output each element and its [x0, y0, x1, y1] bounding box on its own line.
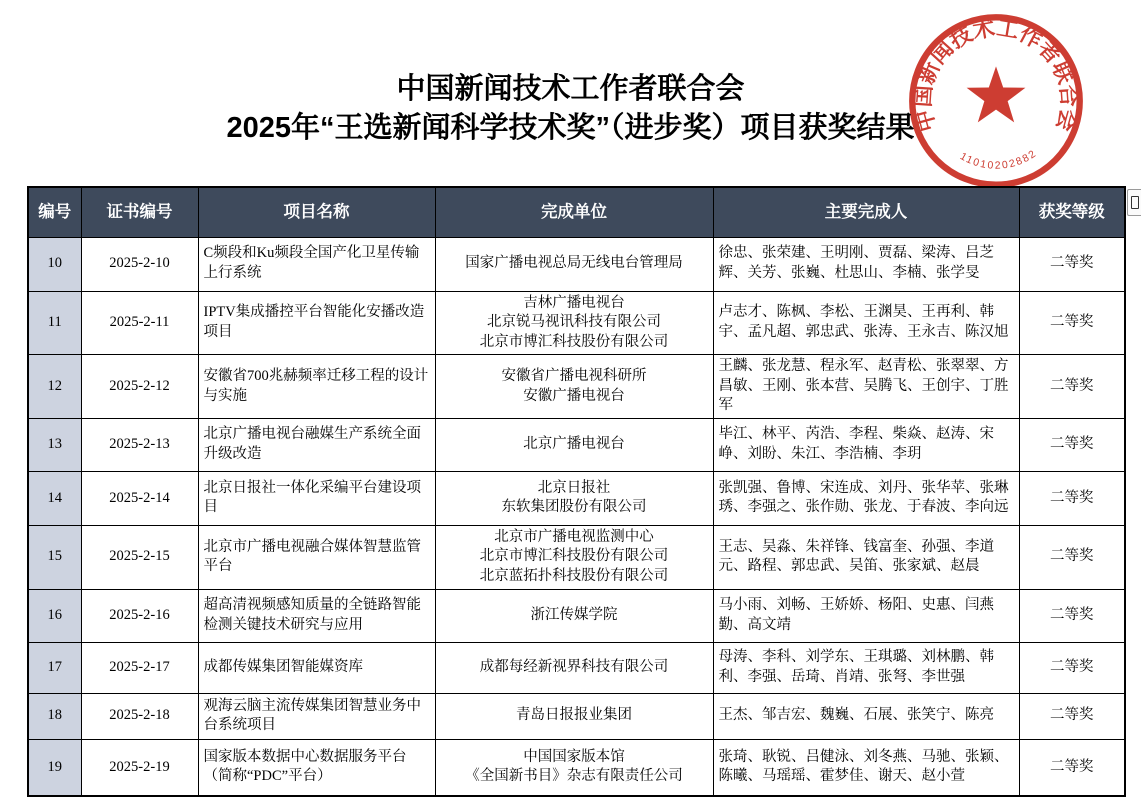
cell-people: 卢志才、陈枫、李松、王渊昊、王再利、韩宇、孟凡超、郭忠武、张涛、王永吉、陈汉旭 — [713, 291, 1019, 355]
cell-project: IPTV集成播控平台智能化安播改造项目 — [198, 291, 435, 355]
cell-award: 二等奖 — [1019, 418, 1125, 471]
cell-org: 北京日报社 东软集团股份有限公司 — [435, 471, 713, 525]
cell-cert: 2025-2-16 — [81, 589, 198, 642]
cell-people: 徐忠、张荣建、王明刚、贾磊、梁涛、吕芝辉、关芳、张巍、杜思山、李楠、张学旻 — [713, 237, 1019, 291]
table-row: 12 2025-2-12 安徽省700兆赫频率迁移工程的设计与实施 安徽省广播电… — [28, 355, 1125, 419]
cell-cert: 2025-2-13 — [81, 418, 198, 471]
cell-cert: 2025-2-11 — [81, 291, 198, 355]
cell-project: 超高清视频感知质量的全链路智能检测关键技术研究与应用 — [198, 589, 435, 642]
cell-award: 二等奖 — [1019, 291, 1125, 355]
cell-project: 北京市广播电视融合媒体智慧监管平台 — [198, 525, 435, 589]
cell-org: 安徽省广播电视科研所 安徽广播电视台 — [435, 355, 713, 419]
cell-project: 国家版本数据中心数据服务平台（简称“PDC”平台） — [198, 739, 435, 796]
header-org: 完成单位 — [435, 187, 713, 237]
cell-award: 二等奖 — [1019, 739, 1125, 796]
cell-cert: 2025-2-10 — [81, 237, 198, 291]
cell-cert: 2025-2-14 — [81, 471, 198, 525]
table-row: 16 2025-2-16 超高清视频感知质量的全链路智能检测关键技术研究与应用 … — [28, 589, 1125, 642]
table-row: 10 2025-2-10 C频段和Ku频段全国产化卫星传输上行系统 国家广播电视… — [28, 237, 1125, 291]
cell-project: 北京日报社一体化采编平台建设项目 — [198, 471, 435, 525]
cell-project: 成都传媒集团智能媒资库 — [198, 642, 435, 693]
cell-people: 王志、吴淼、朱祥锋、钱富奎、孙强、李道元、路程、郭忠武、吴笛、张家斌、赵晨 — [713, 525, 1019, 589]
cell-people: 母涛、李科、刘学东、王琪璐、刘林鹏、韩利、李强、岳琦、肖靖、张弩、李世强 — [713, 642, 1019, 693]
cell-no: 11 — [28, 291, 81, 355]
cell-org: 成都每经新视界科技有限公司 — [435, 642, 713, 693]
cell-people: 王杰、邹吉宏、魏巍、石展、张笑宁、陈亮 — [713, 693, 1019, 739]
cell-org: 北京市广播电视监测中心 北京市博汇科技股份有限公司 北京蓝拓扑科技股份有限公司 — [435, 525, 713, 589]
cell-no: 16 — [28, 589, 81, 642]
cell-no: 15 — [28, 525, 81, 589]
cell-org: 吉林广播电视台 北京锐马视讯科技有限公司 北京市博汇科技股份有限公司 — [435, 291, 713, 355]
cell-cert: 2025-2-12 — [81, 355, 198, 419]
header-no: 编号 — [28, 187, 81, 237]
cell-award: 二等奖 — [1019, 589, 1125, 642]
cell-org: 北京广播电视台 — [435, 418, 713, 471]
cell-no: 17 — [28, 642, 81, 693]
title-line-2: 2025年“王选新闻科学技术奖”（进步奖）项目获奖结果 — [0, 111, 1141, 145]
header-people: 主要完成人 — [713, 187, 1019, 237]
cell-project: C频段和Ku频段全国产化卫星传输上行系统 — [198, 237, 435, 291]
table-row: 11 2025-2-11 IPTV集成播控平台智能化安播改造项目 吉林广播电视台… — [28, 291, 1125, 355]
cell-award: 二等奖 — [1019, 237, 1125, 291]
document-page: 中国新闻技术工作者联合会 2025年“王选新闻科学技术奖”（进步奖）项目获奖结果… — [0, 0, 1141, 800]
header-project: 项目名称 — [198, 187, 435, 237]
cell-no: 19 — [28, 739, 81, 796]
cell-no: 10 — [28, 237, 81, 291]
cell-no: 14 — [28, 471, 81, 525]
cell-people: 马小雨、刘畅、王娇娇、杨阳、史惠、闫燕勤、高文靖 — [713, 589, 1019, 642]
table-header-row: 编号 证书编号 项目名称 完成单位 主要完成人 获奖等级 — [28, 187, 1125, 237]
cell-people: 张琦、耿锐、吕健泳、刘冬燕、马驰、张颖、陈曦、马瑶瑶、霍梦佳、谢天、赵小萱 — [713, 739, 1019, 796]
table-row: 14 2025-2-14 北京日报社一体化采编平台建设项目 北京日报社 东软集团… — [28, 471, 1125, 525]
cell-org: 中国国家版本馆 《全国新书目》杂志有限责任公司 — [435, 739, 713, 796]
cell-project: 观海云脑主流传媒集团智慧业务中台系统项目 — [198, 693, 435, 739]
cell-cert: 2025-2-19 — [81, 739, 198, 796]
header-award: 获奖等级 — [1019, 187, 1125, 237]
cell-people: 王麟、张龙慧、程永军、赵青松、张翠翠、方昌敏、王刚、张本营、吴腾飞、王创宇、丁胜… — [713, 355, 1019, 419]
document-title: 中国新闻技术工作者联合会 2025年“王选新闻科学技术奖”（进步奖）项目获奖结果 — [0, 72, 1141, 145]
cell-no: 18 — [28, 693, 81, 739]
cell-award: 二等奖 — [1019, 693, 1125, 739]
page-icon — [1131, 196, 1139, 209]
cell-people: 毕江、林平、芮浩、李程、柴焱、赵涛、宋峥、刘盼、朱江、李浩楠、李玥 — [713, 418, 1019, 471]
cell-no: 12 — [28, 355, 81, 419]
table-row: 15 2025-2-15 北京市广播电视融合媒体智慧监管平台 北京市广播电视监测… — [28, 525, 1125, 589]
cell-project: 安徽省700兆赫频率迁移工程的设计与实施 — [198, 355, 435, 419]
table-row: 18 2025-2-18 观海云脑主流传媒集团智慧业务中台系统项目 青岛日报报业… — [28, 693, 1125, 739]
cell-award: 二等奖 — [1019, 471, 1125, 525]
cell-cert: 2025-2-15 — [81, 525, 198, 589]
cell-org: 青岛日报报业集团 — [435, 693, 713, 739]
header-cert: 证书编号 — [81, 187, 198, 237]
cell-award: 二等奖 — [1019, 642, 1125, 693]
cell-project: 北京广播电视台融媒生产系统全面升级改造 — [198, 418, 435, 471]
cell-people: 张凯强、鲁博、宋连成、刘丹、张华苹、张琳琇、李强之、张作勋、张龙、于春波、李向远 — [713, 471, 1019, 525]
cell-award: 二等奖 — [1019, 525, 1125, 589]
table-row: 17 2025-2-17 成都传媒集团智能媒资库 成都每经新视界科技有限公司 母… — [28, 642, 1125, 693]
cell-award: 二等奖 — [1019, 355, 1125, 419]
title-line-1: 中国新闻技术工作者联合会 — [0, 72, 1141, 106]
award-results-table: 编号 证书编号 项目名称 完成单位 主要完成人 获奖等级 10 2025-2-1… — [27, 186, 1126, 797]
clipped-toolbar-button[interactable] — [1127, 189, 1141, 216]
cell-no: 13 — [28, 418, 81, 471]
table-row: 19 2025-2-19 国家版本数据中心数据服务平台（简称“PDC”平台） 中… — [28, 739, 1125, 796]
cell-cert: 2025-2-17 — [81, 642, 198, 693]
cell-org: 国家广播电视总局无线电台管理局 — [435, 237, 713, 291]
table-row: 13 2025-2-13 北京广播电视台融媒生产系统全面升级改造 北京广播电视台… — [28, 418, 1125, 471]
cell-org: 浙江传媒学院 — [435, 589, 713, 642]
cell-cert: 2025-2-18 — [81, 693, 198, 739]
